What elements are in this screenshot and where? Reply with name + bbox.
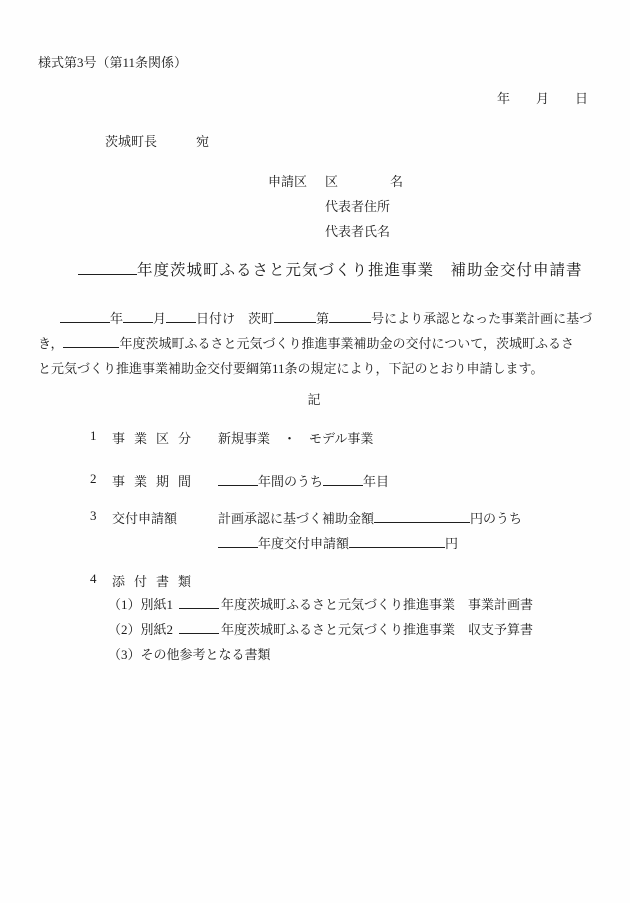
attachment-text: （3）その他参考となる書類 — [108, 647, 271, 662]
period-text: 年目 — [363, 474, 389, 489]
list-item-project-period: 2 事業期間 年間のうち年目 — [0, 471, 630, 491]
blank-approved-amount — [374, 509, 470, 523]
grant-amount-line-2: 年度交付申請額円 — [218, 533, 458, 552]
blank-request-year — [218, 534, 258, 548]
list-item-attachments: 4 添付書類 — [0, 571, 630, 591]
document-title: 年度茨城町ふるさと元気づくり推進事業 補助金交付申請書 — [78, 258, 583, 280]
list-item-project-category: 1 事業区分 新規事業 ・ モデル事業 — [0, 428, 630, 448]
attachment-3: （3）その他参考となる書類 — [108, 644, 271, 663]
item-number: 3 — [90, 508, 97, 524]
paragraph-line-2: き，年度茨城町ふるさと元気づくり推進事業補助金の交付について，茨城町ふるさ — [38, 331, 598, 356]
list-item-grant-amount: 3 交付申請額 計画承認に基づく補助金額円のうち — [0, 508, 630, 528]
blank-attachment-2-year — [179, 620, 219, 634]
document-title-text: 年度茨城町ふるさと元気づくり推進事業 補助金交付申請書 — [137, 262, 583, 279]
attachment-text: 年度茨城町ふるさと元気づくり推進事業 収支予算書 — [221, 622, 533, 637]
blank-day — [166, 309, 196, 323]
blank-fiscal-year — [63, 334, 119, 348]
item-label: 添付書類 — [112, 571, 200, 590]
item-label: 事業期間 — [112, 471, 200, 490]
blank-document-number — [329, 309, 371, 323]
item-label: 交付申請額 — [112, 508, 177, 527]
paragraph-text: 日付け 茨町 — [196, 311, 274, 326]
rep-name-label: 代表者氏名 — [325, 221, 390, 240]
item-number: 2 — [90, 471, 97, 487]
grant-amount-line-1: 計画承認に基づく補助金額円のうち — [218, 508, 522, 527]
project-period-value: 年間のうち年目 — [218, 471, 389, 490]
paragraph-text: 号により承認となった事業計画に基づ — [371, 311, 592, 326]
amount-text: 計画承認に基づく補助金額 — [218, 511, 374, 526]
addressee-line: 茨城町長 宛 — [105, 131, 209, 150]
item-number: 4 — [90, 571, 97, 587]
paragraph-text: 年度茨城町ふるさと元気づくり推進事業補助金の交付について，茨城町ふるさ — [119, 336, 573, 351]
paragraph-line-1: 年月日付け 茨町第号により承認となった事業計画に基づ — [38, 306, 598, 331]
amount-text: 円 — [445, 536, 458, 551]
blank-attachment-1-year — [179, 595, 219, 609]
blank-fiscal-year-title — [78, 259, 137, 275]
amount-text: 円のうち — [470, 511, 522, 526]
applicant-category-label: 申請区 — [268, 171, 307, 190]
blank-total-years — [218, 472, 258, 486]
blank-year — [60, 309, 110, 323]
item-label: 事業区分 — [112, 428, 200, 447]
attachment-2: （2）別紙2年度茨城町ふるさと元気づくり推進事業 収支予算書 — [108, 619, 533, 638]
blank-current-year — [323, 472, 363, 486]
paragraph-text: き， — [38, 336, 63, 351]
project-category-options: 新規事業 ・ モデル事業 — [218, 428, 373, 447]
paragraph-text: 年 — [110, 311, 123, 326]
attachment-prefix: （1）別紙1 — [108, 597, 173, 612]
rep-address-label: 代表者住所 — [325, 196, 390, 215]
date-line: 年 月 日 — [497, 88, 588, 107]
form-number: 様式第3号（第11条関係） — [38, 52, 187, 71]
amount-text: 年度交付申請額 — [258, 536, 349, 551]
attachment-prefix: （2）別紙2 — [108, 622, 173, 637]
note-heading: 記 — [0, 389, 630, 408]
attachment-1: （1）別紙1年度茨城町ふるさと元気づくり推進事業 事業計画書 — [108, 594, 533, 613]
period-text: 年間のうち — [258, 474, 323, 489]
paragraph-line-3: と元気づくり推進事業補助金交付要綱第11条の規定により，下記のとおり申請します。 — [38, 356, 598, 381]
ward-name-label: 区 名 — [325, 171, 403, 190]
body-paragraph: 年月日付け 茨町第号により承認となった事業計画に基づ き，年度茨城町ふるさと元気… — [38, 306, 598, 381]
paragraph-text: 第 — [316, 311, 329, 326]
paragraph-text: 月 — [153, 311, 166, 326]
blank-document-code — [274, 309, 316, 323]
application-form-page: 様式第3号（第11条関係） 年 月 日 茨城町長 宛 申請区 区 名 代表者住所… — [0, 0, 630, 903]
attachment-text: 年度茨城町ふるさと元気づくり推進事業 事業計画書 — [221, 597, 533, 612]
blank-month — [123, 309, 153, 323]
item-number: 1 — [90, 428, 97, 444]
grant-amount-line-2-row: 年度交付申請額円 — [0, 533, 630, 553]
paragraph-text: と元気づくり推進事業補助金交付要綱第11条の規定により，下記のとおり申請します。 — [38, 361, 543, 376]
blank-request-amount — [349, 534, 445, 548]
